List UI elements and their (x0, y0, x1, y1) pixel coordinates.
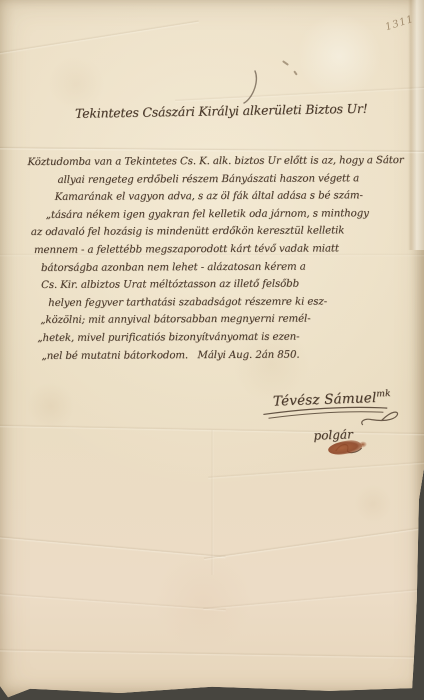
ink-speck (282, 60, 289, 66)
ink-speck (293, 70, 298, 75)
fold-crease (203, 587, 424, 611)
letter-body: Köztudomba van a Tekintetes Cs. K. alk. … (25, 152, 418, 365)
signature-block: Tévész Sámuelmk polgár (257, 388, 410, 472)
body-line: Köztudomba van a Tekintetes Cs. K. alk. … (27, 152, 417, 172)
body-line: mennem - a felettébb megszaporodott kárt… (34, 240, 418, 260)
fold-crease (0, 20, 199, 57)
fold-crease (0, 592, 226, 612)
salutation-line: Tekintetes Császári Királyi alkerületi B… (75, 100, 404, 121)
body-line: „nel bé mutatni bátorkodom. Mályi Aug. 2… (41, 346, 418, 366)
fold-crease (0, 648, 424, 660)
body-line: „tására nékem igen gyakran fel kelletik … (46, 205, 418, 225)
body-line: Kamarának el vagyon adva, s az öl fák ál… (55, 187, 418, 206)
fold-crease (0, 535, 226, 559)
body-line: bátorságba azonban nem lehet - alázatosa… (41, 258, 418, 278)
scanned-letter-page: 1311 Tekintetes Császári Királyi alkerül… (0, 0, 424, 700)
fold-crease (204, 525, 424, 561)
body-line: allyai rengeteg erdőbeli részem Bányásza… (58, 170, 418, 189)
body-line: helyen fegyver tarthatási szabadságot ré… (48, 293, 418, 313)
body-line: az odavaló fel hozásig is mindenütt erdő… (31, 222, 418, 242)
fold-crease (211, 430, 214, 575)
signature-manu-propria-mark: mk (376, 389, 391, 399)
paper-sheet: 1311 Tekintetes Császári Királyi alkerül… (0, 0, 424, 700)
body-line: „közölni; mit annyival bátorsabban megny… (40, 310, 418, 330)
body-line: Cs. Kir. albiztos Urat méltóztasson az i… (41, 275, 418, 295)
pen-flourish (243, 70, 259, 104)
body-line: „hetek, mivel purificatiós bizonyítványo… (37, 328, 418, 348)
